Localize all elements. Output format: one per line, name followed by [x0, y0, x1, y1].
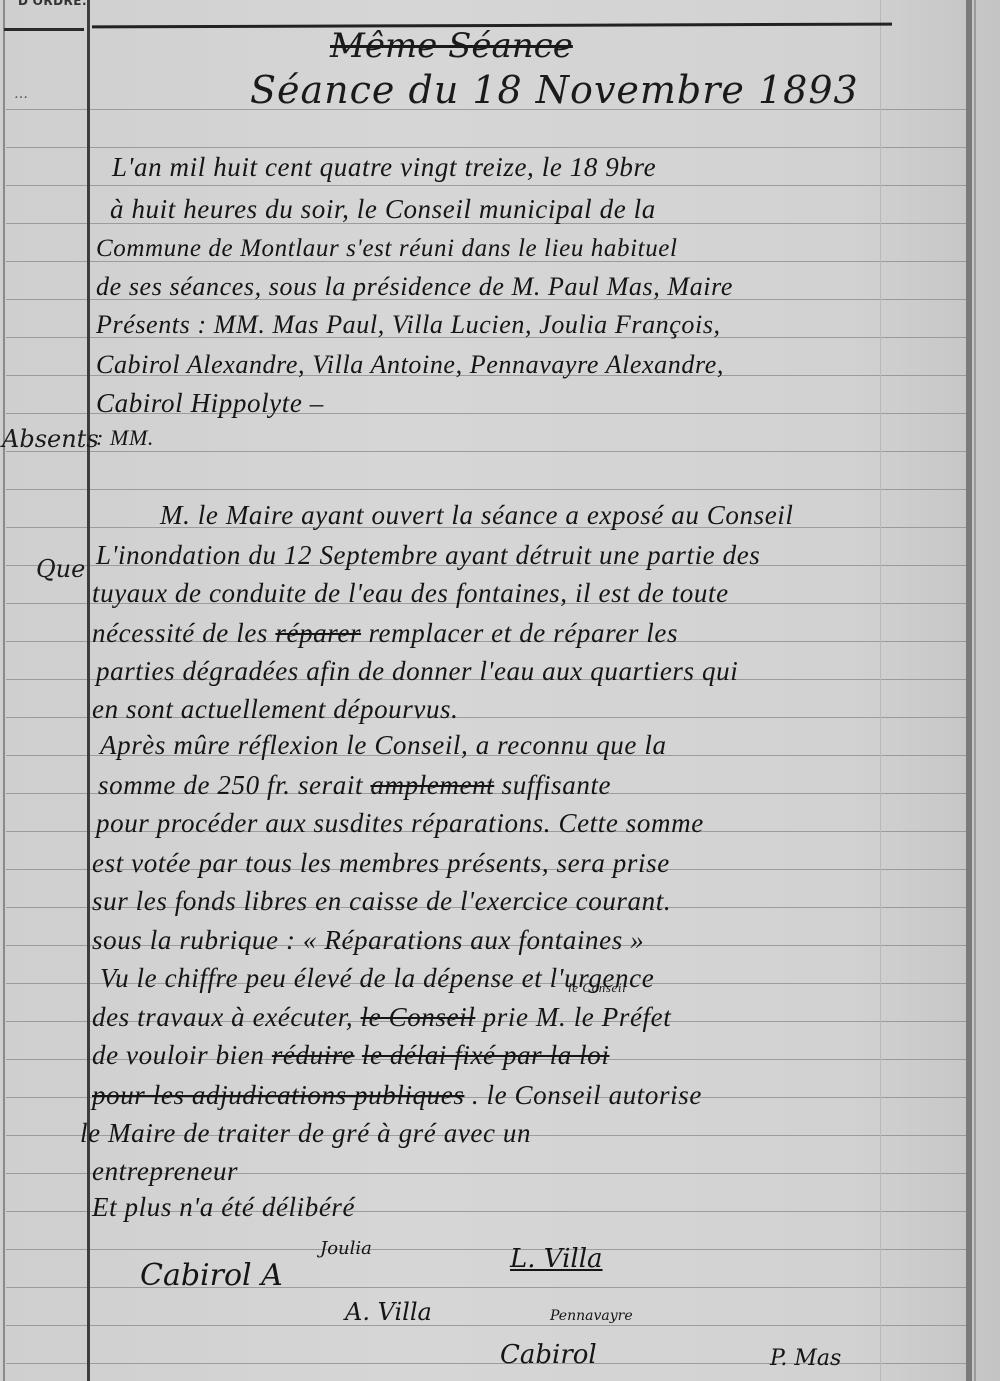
- text-line: Commune de Montlaur s'est réuni dans le …: [96, 235, 678, 263]
- text-segment: remplacer et de réparer les: [368, 618, 678, 648]
- text-line: somme de 250 fr. serait amplement suffis…: [98, 770, 611, 801]
- signature-a-villa: A. Villa: [345, 1298, 432, 1326]
- struck-word: amplement: [370, 770, 494, 800]
- signature-cabirol-a: Cabirol A: [140, 1258, 283, 1293]
- text-segment: nécessité de les: [92, 618, 268, 648]
- text-segment: . le Conseil autorise: [472, 1080, 702, 1110]
- text-segment: de vouloir bien: [92, 1040, 264, 1070]
- signature-l-villa: L. Villa: [510, 1244, 603, 1274]
- text-line: de ses séances, sous la présidence de M.…: [96, 272, 733, 302]
- text-line: nécessité de les réparer remplacer et de…: [92, 618, 678, 649]
- struck-word: le Conseil: [361, 1002, 476, 1032]
- text-line: M. le Maire ayant ouvert la séance a exp…: [160, 500, 794, 531]
- text-line: à huit heures du soir, le Conseil munici…: [110, 194, 656, 225]
- absents-label: Absents: [2, 425, 99, 453]
- que-label: Que: [36, 555, 85, 583]
- text-line: pour les adjudications publiques . le Co…: [92, 1080, 702, 1111]
- right-border-inner: [974, 0, 976, 1381]
- text-line: le Maire de traiter de gré à gré avec un: [80, 1118, 531, 1149]
- faint-rule: [880, 0, 881, 1381]
- insertion-note: le Conseil: [568, 980, 626, 996]
- signature-cabirol: Cabirol: [500, 1340, 597, 1370]
- text-segment: somme de 250 fr. serait: [98, 770, 363, 800]
- signature-p-mas: P. Mas: [770, 1346, 841, 1371]
- right-border: [966, 0, 972, 1381]
- signature-joulia: Joulia: [320, 1238, 372, 1259]
- left-border: [3, 0, 5, 1381]
- text-segment: L'inondation du 12 Septembre ayant détru…: [96, 540, 760, 570]
- text-segment: des travaux à exécuter,: [92, 1002, 353, 1032]
- margin-mark: …: [14, 86, 28, 102]
- text-line: Cabirol Alexandre, Villa Antoine, Pennav…: [96, 350, 724, 380]
- text-line: L'an mil huit cent quatre vingt treize, …: [112, 152, 656, 183]
- text-line: sous la rubrique : « Réparations aux fon…: [92, 925, 644, 956]
- header-rule-left: [4, 28, 84, 31]
- text-line: Cabirol Hippolyte –: [96, 388, 324, 419]
- session-heading: Séance du 18 Novembre 1893: [250, 68, 859, 112]
- text-line: Présents : MM. Mas Paul, Villa Lucien, J…: [96, 310, 721, 340]
- struck-heading: Même Séance: [330, 26, 573, 66]
- text-line: pour procéder aux susdites réparations. …: [96, 808, 704, 839]
- register-page: D'ORDRE. Même Séance Séance du 18 Novemb…: [0, 0, 1000, 1381]
- text-line: parties dégradées afin de donner l'eau a…: [96, 656, 738, 687]
- column-header-label: D'ORDRE.: [18, 0, 87, 8]
- text-line: est votée par tous les membres présents,…: [92, 848, 670, 879]
- text-line: des travaux à exécuter, le Conseil prie …: [92, 1002, 671, 1033]
- text-line: de vouloir bien réduire le délai fixé pa…: [92, 1040, 609, 1071]
- text-line: Après mûre réflexion le Conseil, a recon…: [100, 730, 667, 761]
- text-line: : MM.: [96, 425, 154, 451]
- text-line: Et plus n'a été délibéré: [92, 1192, 355, 1223]
- text-line: L'inondation du 12 Septembre ayant détru…: [96, 540, 760, 571]
- struck-phrase: le délai fixé par la loi: [362, 1040, 610, 1070]
- text-line: sur les fonds libres en caisse de l'exer…: [92, 886, 671, 917]
- struck-word: réduire: [272, 1040, 355, 1070]
- text-segment: suffisante: [502, 770, 612, 800]
- signature-pennavayre: Pennavayre: [550, 1308, 633, 1324]
- margin-rule: [87, 0, 90, 1381]
- text-line: entrepreneur: [92, 1156, 238, 1187]
- text-line: en sont actuellement dépourvus.: [92, 694, 459, 725]
- struck-phrase: pour les adjudications publiques: [92, 1080, 464, 1110]
- text-segment: prie M. le Préfet: [483, 1002, 672, 1032]
- text-line: tuyaux de conduite de l'eau des fontaine…: [92, 578, 729, 609]
- struck-word: réparer: [275, 618, 361, 648]
